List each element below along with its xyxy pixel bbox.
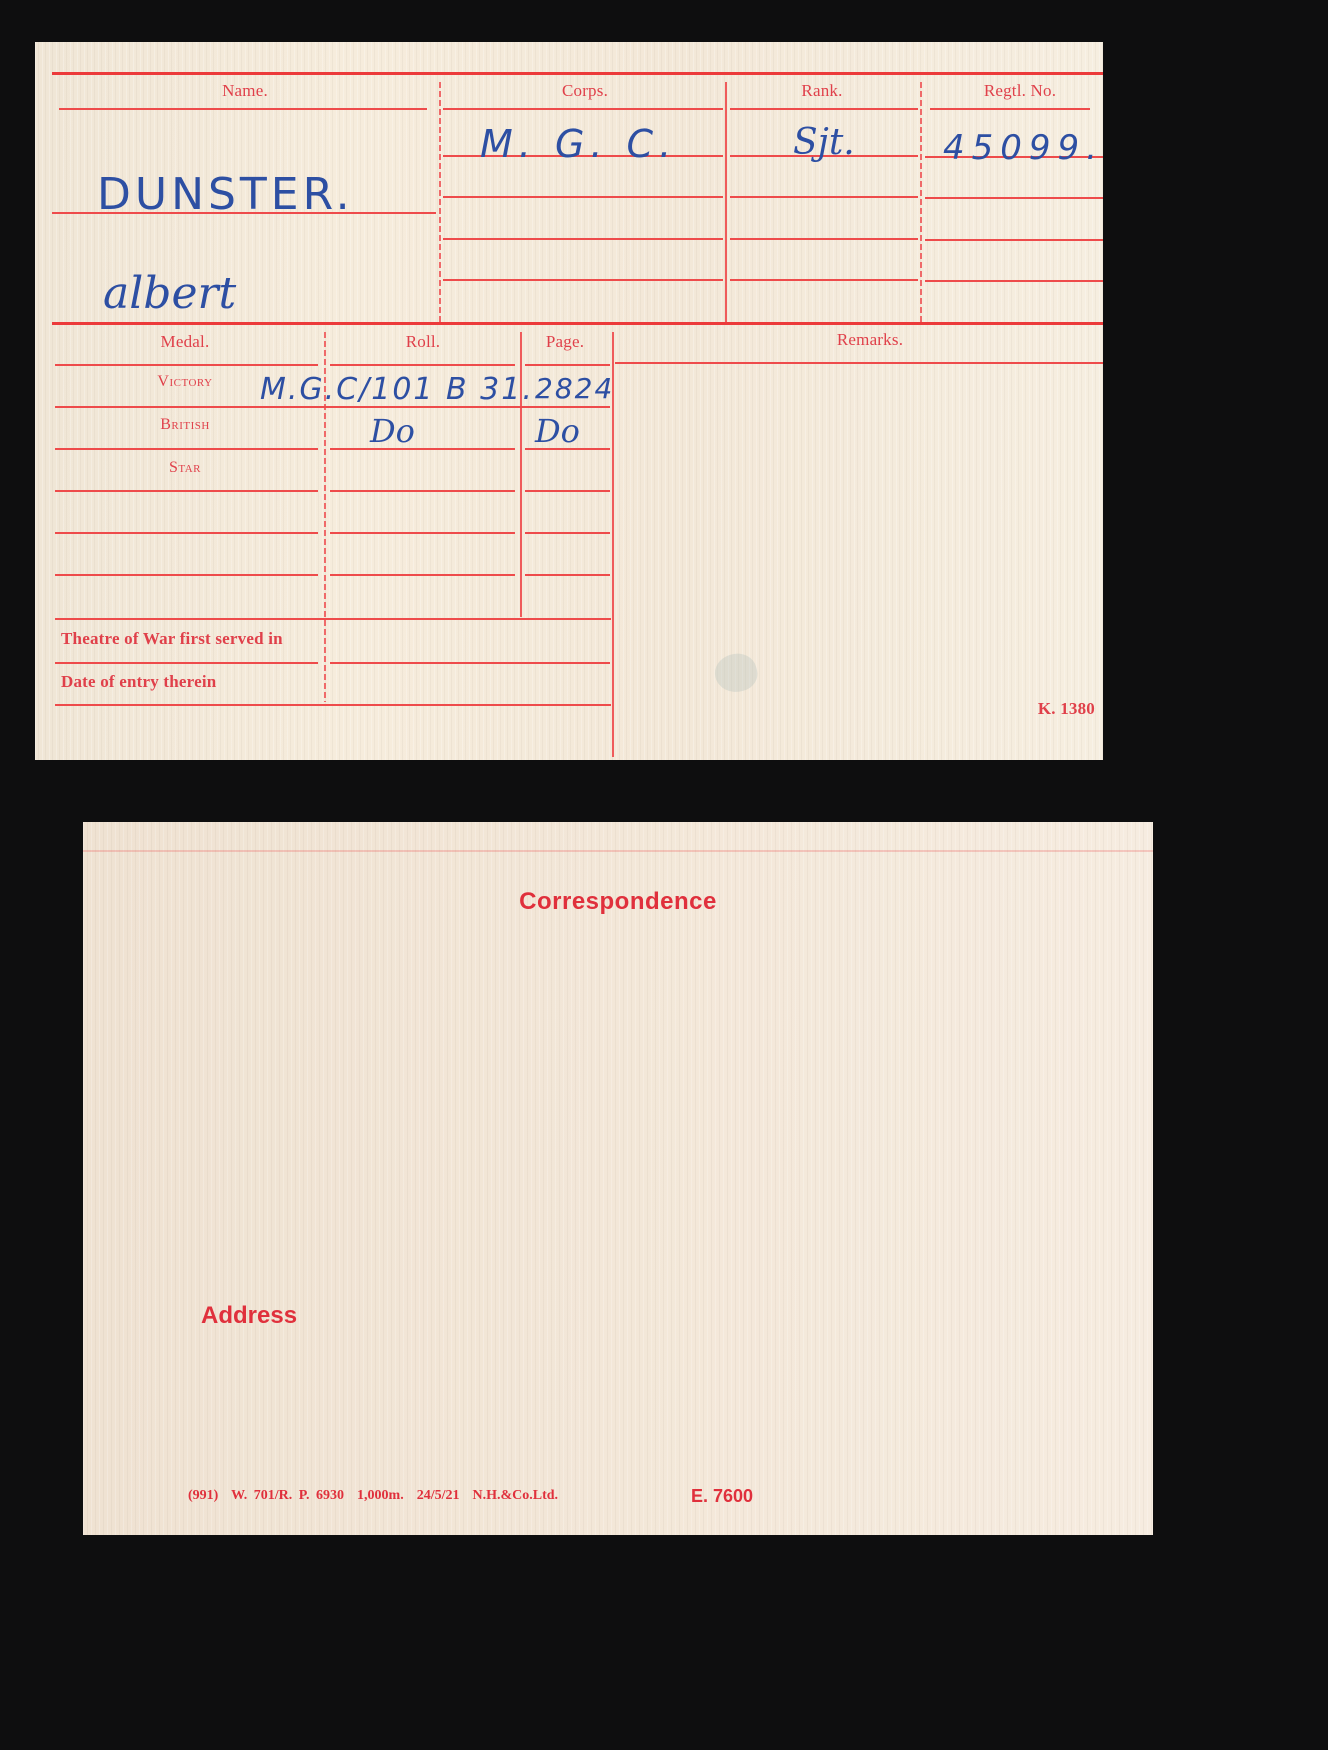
corps-rule-3 bbox=[443, 238, 723, 240]
victory-page-entry: 2824 bbox=[535, 372, 614, 405]
page-rule-0 bbox=[525, 364, 610, 366]
row-rule-7 bbox=[55, 662, 318, 664]
row-rule-3c bbox=[525, 490, 610, 492]
name-header: Name. bbox=[185, 81, 305, 101]
top-rule bbox=[52, 72, 1103, 75]
divider-corps-rank bbox=[725, 82, 727, 323]
date-of-entry-label: Date of entry therein bbox=[61, 672, 216, 692]
bleed-through-rule bbox=[83, 850, 1153, 852]
corps-header: Corps. bbox=[525, 81, 645, 101]
section-divider bbox=[52, 322, 1103, 325]
divider-name-corps bbox=[439, 82, 441, 323]
row-rule-2 bbox=[55, 448, 318, 450]
page-header: Page. bbox=[520, 332, 610, 352]
regtl-rule-3 bbox=[925, 239, 1103, 241]
row-rule-4 bbox=[55, 532, 318, 534]
row-rule-5 bbox=[55, 574, 318, 576]
row-rule-6 bbox=[55, 618, 611, 620]
rank-rule-2 bbox=[730, 196, 918, 198]
corps-rule-2 bbox=[443, 196, 723, 198]
row-rule-1b bbox=[525, 406, 610, 408]
medal-victory: Victory bbox=[115, 373, 255, 391]
medal-rule-0 bbox=[55, 364, 318, 366]
correspondence-title: Correspondence bbox=[83, 888, 1153, 916]
roll-rule-0 bbox=[330, 364, 515, 366]
stamp-mark bbox=[711, 649, 761, 697]
row-rule-5c bbox=[525, 574, 610, 576]
printer-code: E. 7600 bbox=[691, 1486, 753, 1507]
british-page-entry: Do bbox=[535, 412, 580, 450]
regtl-no-entry: 45099. bbox=[943, 128, 1104, 168]
name-header-rule bbox=[59, 108, 427, 110]
row-rule-4c bbox=[525, 532, 610, 534]
medal-index-card-back: Correspondence Address (991) W. 701/R. P… bbox=[83, 822, 1153, 1535]
address-label: Address bbox=[201, 1302, 297, 1330]
medal-header: Medal. bbox=[125, 332, 245, 352]
regtl-rule-2 bbox=[925, 197, 1103, 199]
rank-rule-4 bbox=[730, 279, 918, 281]
corps-rule-4 bbox=[443, 279, 723, 281]
row-rule-3b bbox=[330, 490, 515, 492]
victory-roll-entry: M.G.C/101 B 31. bbox=[260, 372, 534, 407]
divider-rank-regtl bbox=[920, 82, 922, 323]
remarks-rule bbox=[615, 362, 1103, 364]
remarks-header: Remarks. bbox=[795, 330, 945, 350]
forename-entry: albert bbox=[103, 268, 236, 319]
row-rule-7b bbox=[330, 662, 610, 664]
roll-header: Roll. bbox=[363, 332, 483, 352]
row-rule-8 bbox=[55, 704, 611, 706]
theatre-of-war-label: Theatre of War first served in bbox=[61, 629, 283, 649]
regtl-no-header: Regtl. No. bbox=[945, 81, 1095, 101]
corps-entry: M. G. C. bbox=[480, 122, 677, 166]
row-rule-4b bbox=[330, 532, 515, 534]
form-number: K. 1380 bbox=[1025, 699, 1095, 719]
surname-entry: DUNSTER. bbox=[97, 169, 354, 220]
row-rule-5b bbox=[330, 574, 515, 576]
corps-header-rule bbox=[443, 108, 723, 110]
medal-index-card-front: Name. Corps. Rank. Regtl. No. DUNSTER. a… bbox=[35, 42, 1103, 760]
printer-line: (991) W. 701/R. P. 6930 1,000m. 24/5/21 … bbox=[188, 1488, 558, 1504]
rank-entry: Sjt. bbox=[793, 122, 855, 163]
row-rule-2b bbox=[330, 448, 515, 450]
rank-header-rule bbox=[730, 108, 918, 110]
rank-header: Rank. bbox=[762, 81, 882, 101]
regtl-rule-4 bbox=[925, 280, 1103, 282]
rank-rule-3 bbox=[730, 238, 918, 240]
medal-british: British bbox=[115, 416, 255, 434]
row-rule-3 bbox=[55, 490, 318, 492]
medal-star: Star bbox=[115, 459, 255, 477]
british-roll-entry: Do bbox=[370, 412, 415, 450]
regtl-header-rule bbox=[930, 108, 1090, 110]
